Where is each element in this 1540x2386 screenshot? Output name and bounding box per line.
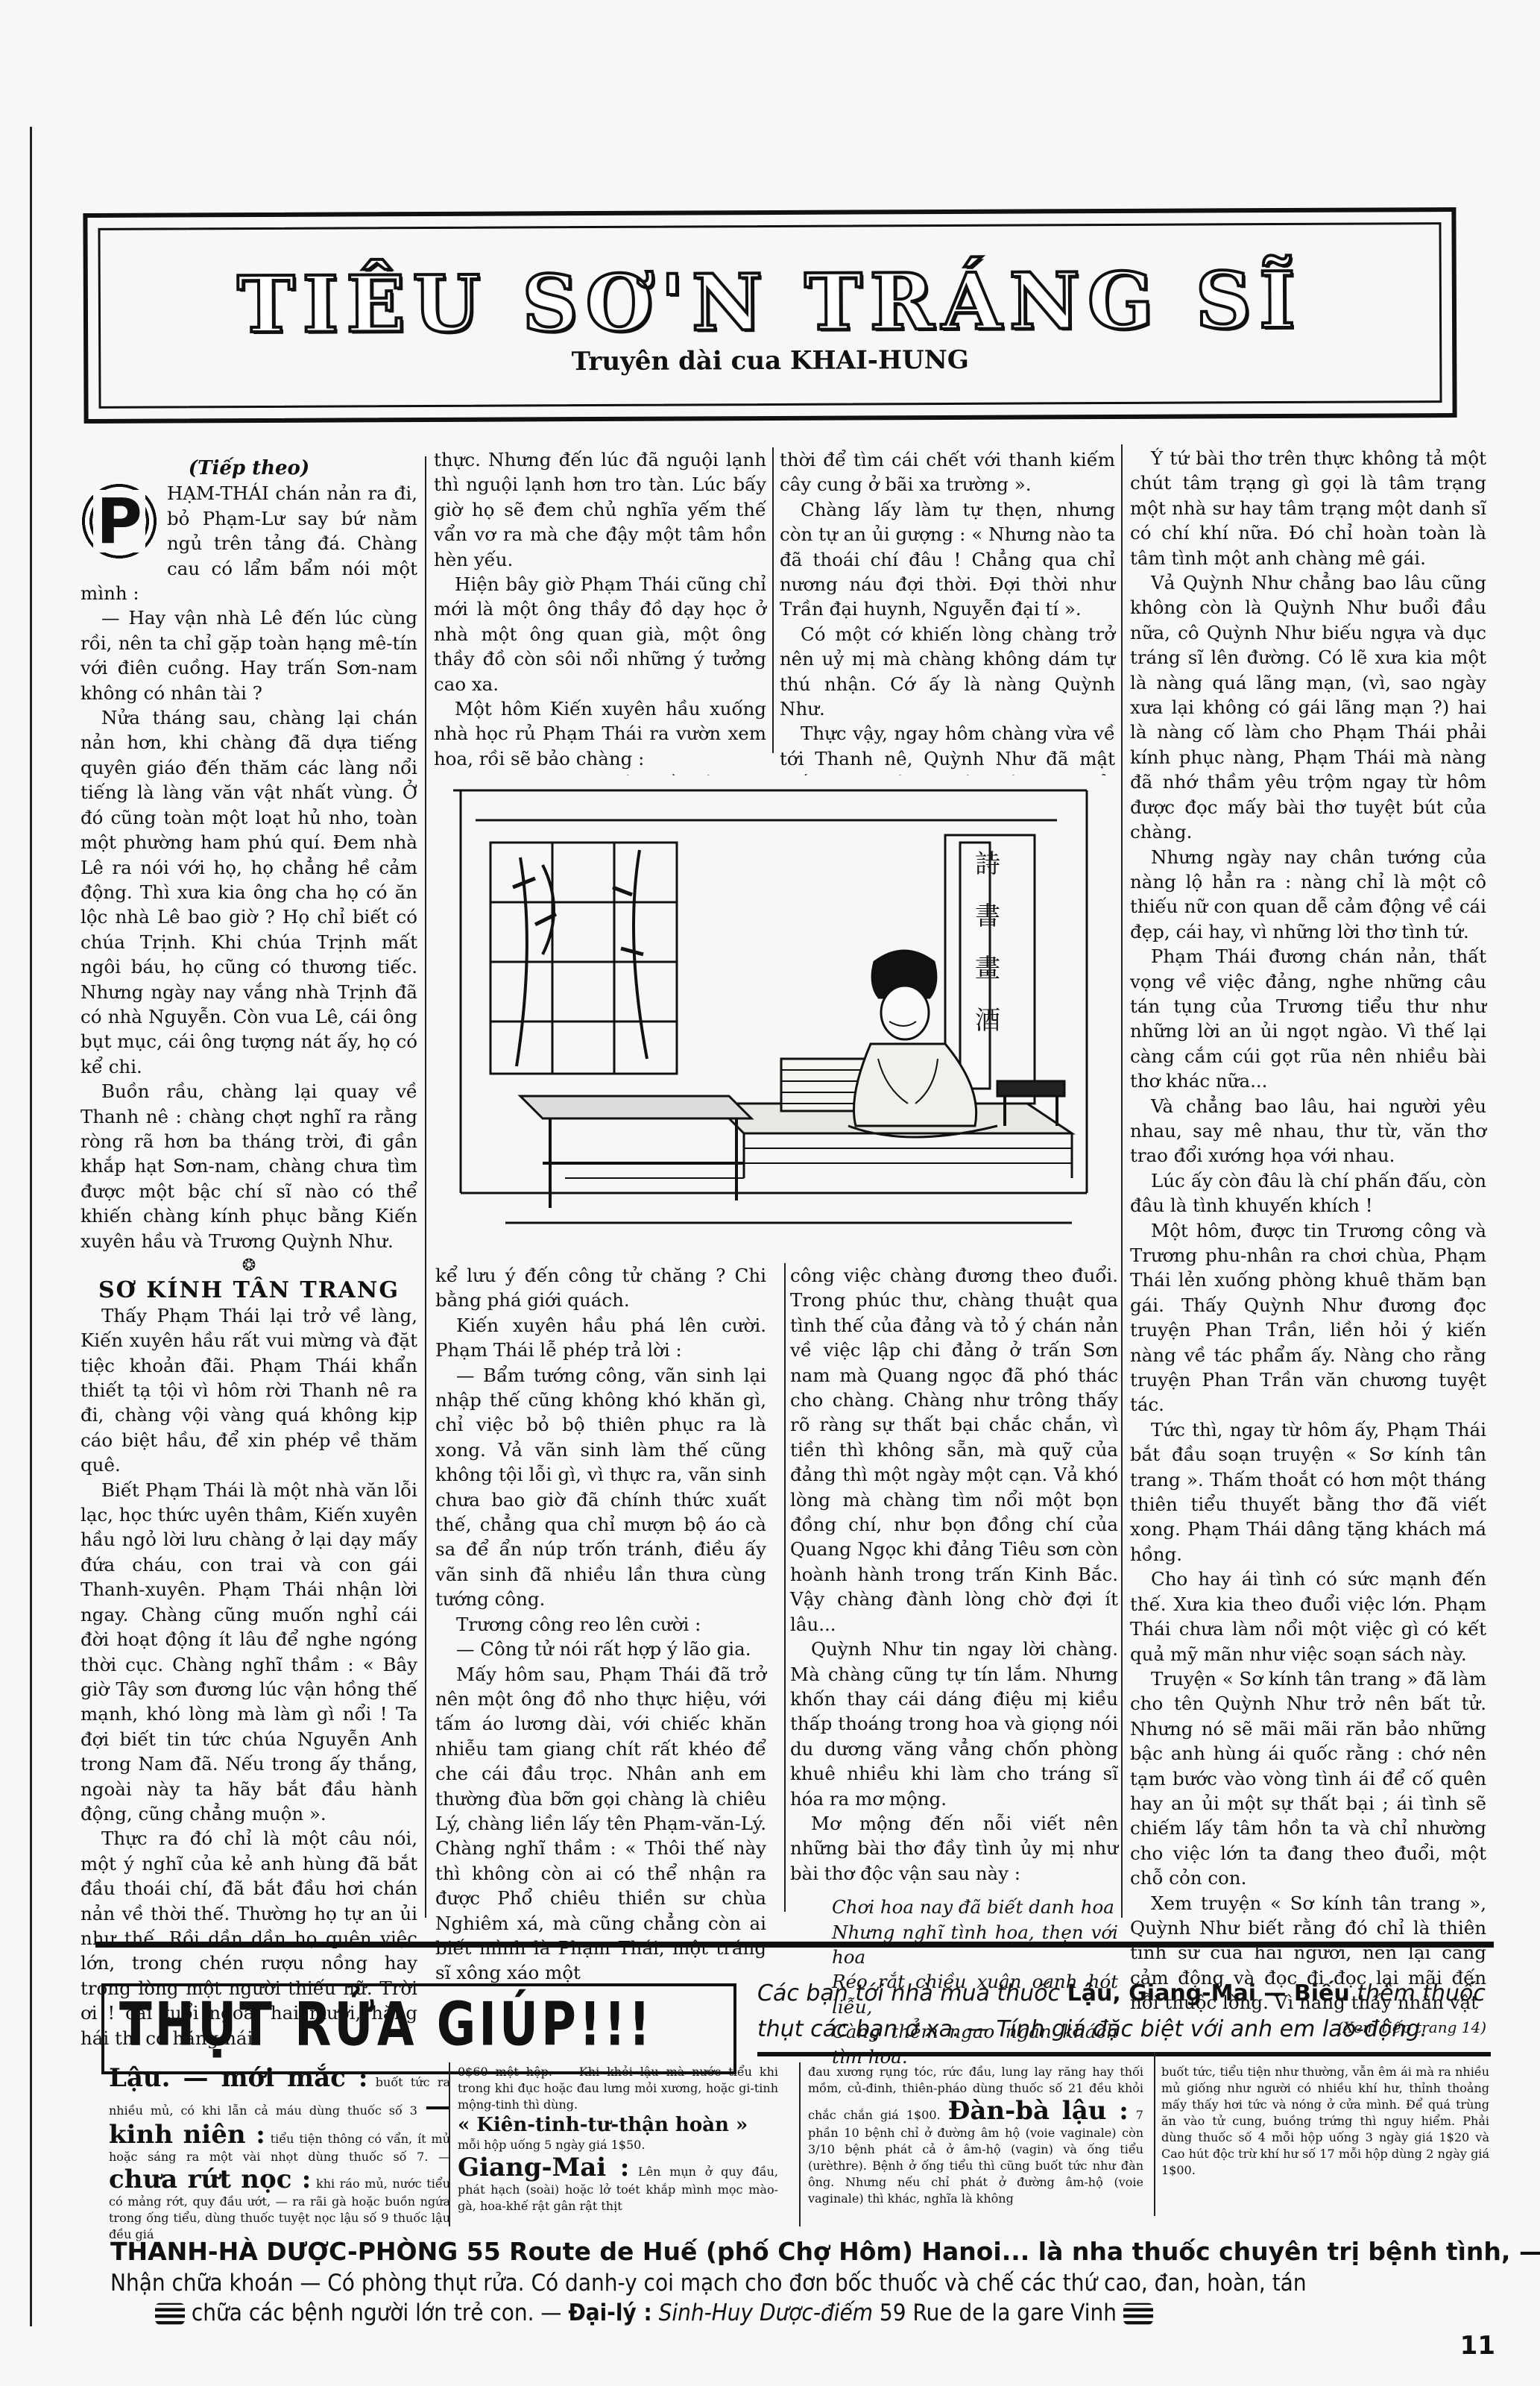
story-column-2-bottom: kể lưu ý đến công tử chăng ? Chi bằng ph… [435,1263,766,1986]
ad-column-divider [1154,2052,1155,2216]
ad-product-name: « Kiên-tinh-tư-thận hoàn » [458,2113,778,2137]
paragraph: — Bẩm tướng công, vãn sinh lại nhập thế … [435,1363,766,1612]
wave-ornament-icon [1123,2303,1153,2325]
ad-headline: THỤT RỬA GIÚP!!! [119,1991,653,2060]
ad-column-2: 0$60 một hộp. — Khi khỏi lậu mà nước tiể… [458,2064,778,2215]
opening-paragraph: PHẠM-THÁI chán nản ra đi, bỏ Phạm-Lư say… [81,481,417,605]
masthead-frame: TIÊU SƠ'N TRÁNG SĨ Truyên dài cua KHAI-H… [83,207,1457,424]
story-title: TIÊU SƠ'N TRÁNG SĨ [88,254,1453,351]
paragraph: Thấy Phạm Thái lại trở về làng, Kiến xuy… [81,1303,417,1478]
section-heading: SƠ KÍNH TÂN TRANG [81,1278,417,1303]
ad-column-3: đau xương rụng tóc, rức đầu, lung lay ră… [808,2064,1143,2207]
paragraph: — Công tử nói rất hợp ý lão gia. [435,1637,766,1661]
continued-label: (Tiếp theo) [81,456,417,481]
dealer-address: 59 Rue de la gare Vinh [873,2299,1117,2326]
dealer-name: Sinh-Huy Dược-điếm [652,2299,873,2326]
paragraph: Một hôm Kiến xuyên hầu xuống nhà học rủ … [434,696,766,771]
column-divider [784,1263,786,1912]
story-column-1: (Tiếp theo) PHẠM-THÁI chán nản ra đi, bỏ… [81,456,417,2050]
ad-headline-box: THỤT RỬA GIÚP!!! [101,1983,736,2074]
drop-cap-letter: P [93,490,145,553]
ad-text: buốt tức, tiểu tiện như thường, vẫn êm á… [1161,2065,1489,2177]
svg-text:酒: 酒 [975,1006,1000,1036]
pharmacy-services: Nhận chữa khoán — Có phòng thụt rửa. Có … [110,2267,1497,2300]
ad-footer: THANH-HÀ DƯỢC-PHÒNG 55 Route de Huế (phố… [110,2235,1497,2328]
svg-text:書: 書 [975,901,1000,931]
wave-ornament-icon [155,2303,185,2325]
page-binding-rule [30,127,32,2326]
story-column-3-bottom: công việc chàng đương theo đuổi. Trong p… [790,1263,1118,2069]
paragraph: Nhưng ngày nay chân tướng của nàng lộ hẳ… [1130,845,1486,945]
pharmacy-dealer-line: chữa các bệnh người lớn trẻ con. — Đại-l… [110,2297,1497,2329]
paragraph: Có một cớ khiến lòng chàng trở nên uỷ mị… [780,622,1115,722]
paragraph: Cho hay ái tình có sức mạnh đến thế. Xưa… [1130,1567,1486,1666]
paragraph: Quỳnh Như tin ngay lời chàng. Mà chàng c… [790,1637,1118,1811]
ad-text: 0$60 một hộp. — Khi khỏi lậu mà nước tiể… [458,2065,778,2112]
paragraph: Mấy hôm sau, Phạm Thái đã trở nên một ôn… [435,1662,766,1986]
paragraph: Hiện bây giờ Phạm Thái cũng chỉ mới là m… [434,572,766,696]
story-byline: Truyên dài cua KHAI-HUNG [88,343,1452,379]
ad-tagline-underline [757,2052,1491,2056]
ad-column-divider [799,2062,801,2226]
ad-label-giang-mai: Giang-Mai : [458,2153,629,2182]
story-column-4: Ý tứ bài thơ trên thực không tả một chút… [1130,446,1486,2040]
drop-cap-ornament: P [81,482,158,560]
paragraph: Mơ mộng đến nỗi viết nên những bài thơ đ… [790,1811,1118,1886]
section-ornament-icon: ❂ [81,1253,417,1278]
paragraph: Một hôm, được tin Trương công và Trương … [1130,1218,1486,1417]
paragraph: Ý tứ bài thơ trên thực không tả một chút… [1130,446,1486,570]
ad-label-chua-rut-noc: chưa rứt nọc : [109,2165,311,2194]
pharmacy-name-address: THANH-HÀ DƯỢC-PHÒNG 55 Route de Huế (phố… [110,2235,1497,2268]
ad-column-4: buốt tức, tiểu tiện như thường, vẫn êm á… [1161,2064,1489,2179]
paragraph: thực. Nhưng đến lúc đã nguội lạnh thì ng… [434,447,766,572]
story-column-3-top: thời để tìm cái chết với thanh kiếm cây … [780,447,1115,821]
paragraph: Chàng lấy làm tự thẹn, nhưng còn tự an ủ… [780,497,1115,622]
svg-text:畫: 畫 [975,954,1000,983]
scholar-study-drawing-icon: 詩 書 畫 酒 [431,775,1117,1253]
paragraph: Và chẳng bao lâu, hai người yêu nhau, sa… [1130,1094,1486,1168]
paragraph: kể lưu ý đến công tử chăng ? Chi bằng ph… [435,1263,766,1313]
paragraph: — Hay vận nhà Lê đến lúc cùng rồi, nên t… [81,605,417,705]
story-illustration: 詩 書 畫 酒 [431,775,1117,1253]
column-divider [1121,444,1123,1918]
ad-label-lau: Lậu. — mới mắc : [109,2063,367,2093]
column-divider [425,456,426,1918]
paragraph: công việc chàng đương theo đuổi. Trong p… [790,1263,1118,1637]
paragraph: Nửa tháng sau, chàng lại chán nản hơn, k… [81,705,417,1079]
paragraph: Tức thì, ngay từ hôm ấy, Phạm Thái bắt đ… [1130,1417,1486,1567]
dealer-label: Đại-lý : [568,2299,651,2326]
paragraph: Trương công reo lên cười : [435,1612,766,1637]
ad-label-dan-ba-lau: Đàn-bà lậu : [948,2096,1129,2126]
ad-column-1: Lậu. — mới mắc : buốt tức ra nhiều mủ, c… [109,2064,450,2243]
page-number: 11 [1460,2331,1495,2361]
ad-tagline-part: Các bạn tới nhà mua thuốc [757,1980,1067,2006]
column-divider [772,447,774,753]
ad-tagline: Các bạn tới nhà mua thuốc Lậu, Giang-Mai… [757,1976,1488,2047]
ad-top-border [95,1942,1494,1948]
ad-tagline-emphasis: Lậu, Giang-Mai — Biếu [1067,1980,1350,2006]
paragraph: Truyện « Sơ kính tân trang » đã làm cho … [1130,1666,1486,1891]
paragraph: Phạm Thái đương chán nản, thất vọng về v… [1130,944,1486,1093]
footer-text: chữa các bệnh người lớn trẻ con. — [192,2299,568,2326]
svg-text:詩: 詩 [975,849,1000,879]
paragraph: thời để tìm cái chết với thanh kiếm cây … [780,447,1115,497]
paragraph: Lúc ấy còn đâu là chí phấn đấu, còn đâu … [1130,1168,1486,1218]
ad-price: mỗi hộp uống 5 ngày giá 1$50. [458,2137,778,2153]
ad-column-divider [449,2062,450,2226]
paragraph: Buồn rầu, chàng lại quay về Thanh nê : c… [81,1079,417,1253]
poem-line: Chơi hoa nay đã biết danh hoa [832,1895,1118,1919]
paragraph: Biết Phạm Thái là một nhà văn lỗi lạc, h… [81,1478,417,1827]
paragraph: Vả Quỳnh Như chẳng bao lâu cũng không cò… [1130,570,1486,844]
paragraph: Kiến xuyên hầu phá lên cười. Phạm Thái l… [435,1313,766,1363]
